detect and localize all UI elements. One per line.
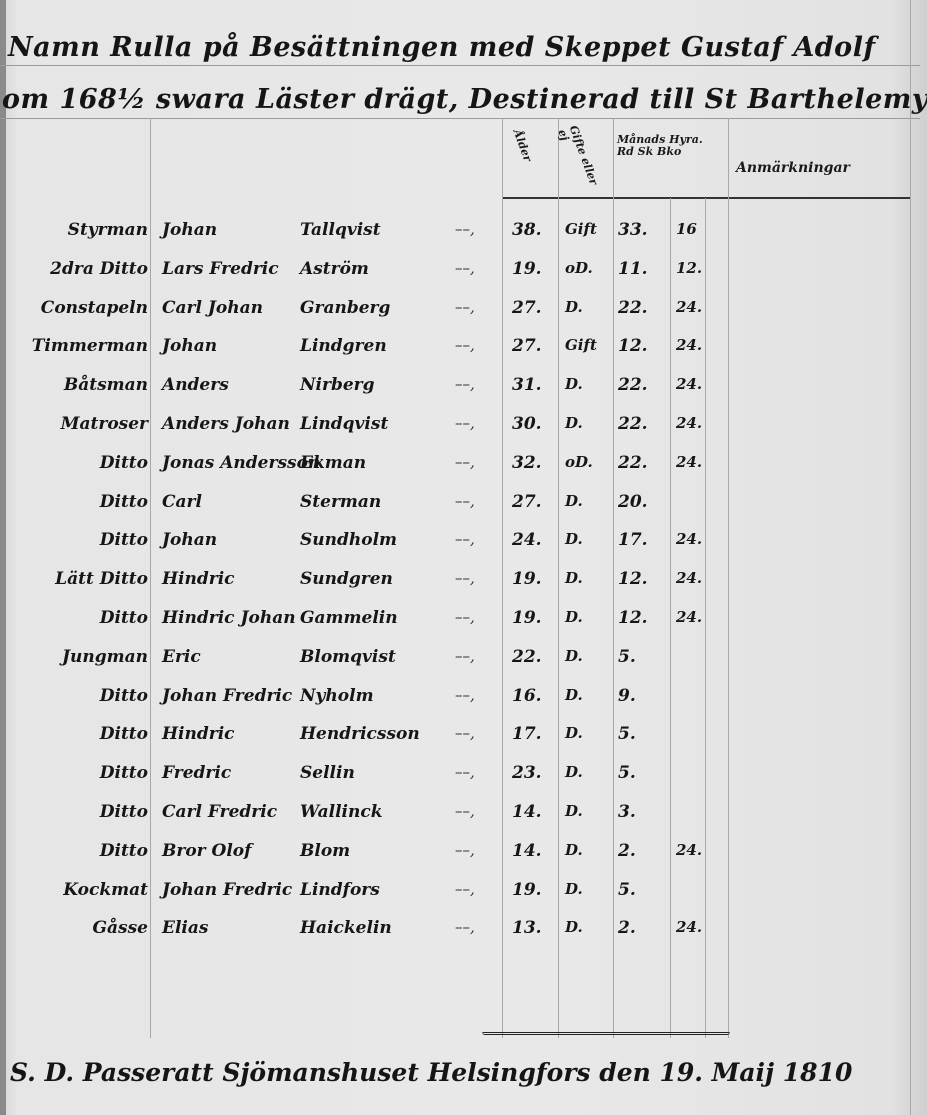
dash-filler: ––, [455,686,475,704]
crew-wage-rd: 2. [618,841,636,861]
crew-rank: Ditto [8,453,148,473]
crew-given-name: Jonas Andersson [162,453,320,473]
crew-given-name: Carl [162,492,202,512]
crew-given-name: Anders Johan [162,414,290,434]
crew-given-name: Carl Fredric [162,802,277,822]
crew-age: 30. [512,414,542,434]
crew-marital-status: D. [565,686,583,704]
column-header-monthly-wage: Månads Hyra. Rd Sk Bko [617,134,709,158]
table-row: ConstapelnCarl JohanGranberg––,27.D.22.2… [0,298,927,336]
crew-wage-rd: 12. [618,608,648,628]
crew-surname: Blom [300,841,350,861]
dash-filler: ––, [455,841,475,859]
crew-marital-status: D. [565,569,583,587]
crew-age: 27. [512,298,542,318]
crew-wage-rd: 22. [618,375,648,395]
crew-given-name: Anders [162,375,229,395]
dash-filler: ––, [455,569,475,587]
table-row: DittoCarl FredricWallinck––,14.D.3. [0,802,927,840]
crew-wage-sk: 24. [676,453,702,471]
table-row: DittoHindricHendricsson––,17.D.5. [0,724,927,762]
crew-wage-rd: 17. [618,530,648,550]
crew-given-name: Eric [162,647,201,667]
crew-age: 14. [512,802,542,822]
crew-marital-status: Gift [565,220,597,238]
crew-surname: Wallinck [300,802,383,822]
crew-given-name: Elias [162,918,208,938]
crew-rank: Ditto [8,492,148,512]
crew-given-name: Bror Olof [162,841,251,861]
dash-filler: ––, [455,608,475,626]
dash-filler: ––, [455,918,475,936]
crew-rank: 2dra Ditto [8,259,148,279]
crew-age: 27. [512,492,542,512]
crew-surname: Blomqvist [300,647,396,667]
crew-marital-status: D. [565,763,583,781]
crew-wage-rd: 20. [618,492,648,512]
crew-age: 38. [512,220,542,240]
ruled-line [0,65,920,66]
crew-rank: Ditto [8,530,148,550]
crew-surname: Gammelin [300,608,398,628]
table-row: DittoJonas AnderssonEkman––,32.oD.22.24. [0,453,927,491]
dash-filler: ––, [455,375,475,393]
crew-wage-rd: 11. [618,259,648,279]
crew-surname: Haickelin [300,918,392,938]
crew-surname: Sterman [300,492,381,512]
crew-wage-sk: 24. [676,918,702,936]
crew-wage-sk: 24. [676,530,702,548]
crew-surname: Ekman [300,453,366,473]
table-row: JungmanEricBlomqvist––,22.D.5. [0,647,927,685]
crew-marital-status: oD. [565,453,593,471]
dash-filler: ––, [455,802,475,820]
title-line-1: Namn Rulla på Besättningen med Skeppet G… [8,32,876,63]
crew-wage-rd: 5. [618,763,636,783]
dash-filler: ––, [455,298,475,316]
crew-marital-status: D. [565,724,583,742]
crew-surname: Nirberg [300,375,375,395]
crew-given-name: Johan [162,530,217,550]
crew-wage-rd: 9. [618,686,636,706]
crew-age: 13. [512,918,542,938]
crew-wage-rd: 5. [618,880,636,900]
crew-given-name: Johan Fredric [162,880,292,900]
crew-marital-status: D. [565,918,583,936]
crew-wage-rd: 12. [618,569,648,589]
crew-marital-status: oD. [565,259,593,277]
crew-wage-sk: 24. [676,336,702,354]
crew-rank: Ditto [8,802,148,822]
crew-wage-sk: 24. [676,298,702,316]
crew-age: 19. [512,608,542,628]
crew-age: 17. [512,724,542,744]
ledger-page: Namn Rulla på Besättningen med Skeppet G… [0,0,927,1115]
crew-surname: Sundgren [300,569,393,589]
crew-age: 32. [512,453,542,473]
table-row: Lätt DittoHindricSundgren––,19.D.12.24. [0,569,927,607]
crew-rank: Jungman [8,647,148,667]
footer-passage-note: S. D. Passeratt Sjömanshuset Helsingfors… [10,1058,852,1087]
crew-wage-rd: 22. [618,453,648,473]
crew-age: 23. [512,763,542,783]
table-row: BåtsmanAndersNirberg––,31.D.22.24. [0,375,927,413]
header-rule [502,197,910,199]
crew-marital-status: D. [565,414,583,432]
crew-wage-sk: 24. [676,414,702,432]
crew-surname: Aström [300,259,369,279]
crew-wage-rd: 33. [618,220,648,240]
crew-marital-status: Gift [565,336,597,354]
crew-rank: Lätt Ditto [8,569,148,589]
crew-wage-rd: 2. [618,918,636,938]
table-row: DittoFredricSellin––,23.D.5. [0,763,927,801]
crew-marital-status: D. [565,880,583,898]
table-row: KockmatJohan FredricLindfors––,19.D.5. [0,880,927,918]
crew-rank: Styrman [8,220,148,240]
crew-wage-sk: 24. [676,375,702,393]
crew-wage-rd: 22. [618,414,648,434]
crew-rank: Gåsse [8,918,148,938]
crew-given-name: Johan [162,220,217,240]
crew-wage-rd: 12. [618,336,648,356]
crew-rank: Constapeln [8,298,148,318]
table-row: DittoJohan FredricNyholm––,16.D.9. [0,686,927,724]
crew-rank: Ditto [8,763,148,783]
crew-surname: Hendricsson [300,724,420,744]
crew-age: 31. [512,375,542,395]
dash-filler: ––, [455,453,475,471]
crew-surname: Lindfors [300,880,380,900]
crew-given-name: Hindric Johan [162,608,296,628]
crew-surname: Nyholm [300,686,374,706]
crew-marital-status: D. [565,608,583,626]
crew-wage-sk: 12. [676,259,702,277]
crew-marital-status: D. [565,530,583,548]
crew-surname: Sellin [300,763,355,783]
table-row: StyrmanJohanTallqvist––,38.Gift33.16 [0,220,927,258]
total-underline [482,1026,730,1035]
dash-filler: ––, [455,724,475,742]
dash-filler: ––, [455,220,475,238]
title-line-2: om 168½ swara Läster drägt, Destinerad t… [2,84,927,115]
dash-filler: ––, [455,647,475,665]
crew-given-name: Hindric [162,724,235,744]
crew-surname: Lindqvist [300,414,388,434]
crew-marital-status: D. [565,647,583,665]
crew-marital-status: D. [565,841,583,859]
ruled-line [0,118,920,119]
table-row: DittoBror OlofBlom––,14.D.2.24. [0,841,927,879]
crew-marital-status: D. [565,492,583,510]
crew-wage-rd: 5. [618,647,636,667]
dash-filler: ––, [455,763,475,781]
crew-rank: Timmerman [8,336,148,356]
crew-rank: Ditto [8,841,148,861]
table-row: GåsseEliasHaickelin––,13.D.2.24. [0,918,927,956]
crew-given-name: Fredric [162,763,231,783]
crew-rank: Båtsman [8,375,148,395]
crew-surname: Sundholm [300,530,397,550]
crew-wage-rd: 22. [618,298,648,318]
dash-filler: ––, [455,259,475,277]
crew-age: 19. [512,259,542,279]
crew-age: 16. [512,686,542,706]
crew-wage-rd: 5. [618,724,636,744]
dash-filler: ––, [455,530,475,548]
column-header-remarks: Anmärkningar [736,162,850,174]
crew-rank: Kockmat [8,880,148,900]
crew-given-name: Carl Johan [162,298,263,318]
table-row: 2dra DittoLars FredricAström––,19.oD.11.… [0,259,927,297]
dash-filler: ––, [455,880,475,898]
crew-wage-sk: 24. [676,569,702,587]
column-header-age: Ålder [511,128,534,163]
table-row: TimmermanJohanLindgren––,27.Gift12.24. [0,336,927,374]
crew-given-name: Hindric [162,569,235,589]
crew-age: 14. [512,841,542,861]
crew-wage-sk: 24. [676,841,702,859]
table-row: DittoHindric JohanGammelin––,19.D.12.24. [0,608,927,646]
crew-age: 19. [512,569,542,589]
crew-wage-rd: 3. [618,802,636,822]
crew-rank: Ditto [8,724,148,744]
crew-wage-sk: 16 [676,220,697,238]
table-row: MatroserAnders JohanLindqvist––,30.D.22.… [0,414,927,452]
crew-surname: Tallqvist [300,220,381,240]
crew-age: 19. [512,880,542,900]
table-row: DittoJohanSundholm––,24.D.17.24. [0,530,927,568]
crew-rank: Ditto [8,608,148,628]
crew-wage-sk: 24. [676,608,702,626]
crew-rank: Ditto [8,686,148,706]
column-header-married: Gifte eller ej [555,124,601,198]
crew-marital-status: D. [565,298,583,316]
crew-given-name: Johan [162,336,217,356]
crew-marital-status: D. [565,375,583,393]
crew-rank: Matroser [8,414,148,434]
crew-surname: Granberg [300,298,390,318]
dash-filler: ––, [455,492,475,510]
table-row: DittoCarlSterman––,27.D.20. [0,492,927,530]
dash-filler: ––, [455,336,475,354]
dash-filler: ––, [455,414,475,432]
crew-age: 27. [512,336,542,356]
crew-age: 22. [512,647,542,667]
crew-marital-status: D. [565,802,583,820]
crew-given-name: Lars Fredric [162,259,279,279]
crew-age: 24. [512,530,542,550]
crew-surname: Lindgren [300,336,387,356]
crew-given-name: Johan Fredric [162,686,292,706]
